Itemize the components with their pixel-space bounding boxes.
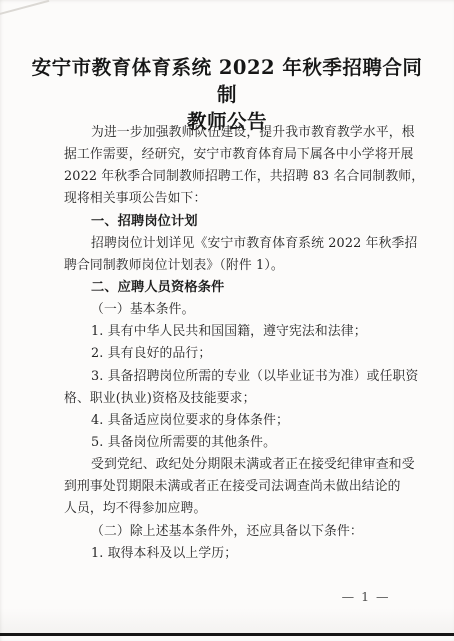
scan-corner-artifact [0,0,49,16]
document-body: 为进一步加强教师队伍建设，提升我市教育教学水平，根 据工作需要，经研究，安宁市教… [64,122,398,565]
doc-line: 为进一步加强教师队伍建设，提升我市教育教学水平，根 [64,122,398,144]
scan-bottom-shade [0,608,454,633]
page-number: — 1 — [342,589,390,604]
doc-section-heading: 二、应聘人员资格条件 [64,277,398,299]
doc-line: 现将相关事项公告如下： [64,188,398,210]
doc-subsection-heading: （一）基本条件。 [64,299,398,321]
doc-line: 人员，均不得参加应聘。 [64,498,398,520]
doc-line: 1. 取得本科及以上学历； [64,543,398,565]
doc-line: 聘合同制教师岗位计划表》（附件 1）。 [64,255,398,277]
doc-line: 4. 具备适应岗位要求的身体条件； [64,410,398,432]
doc-line: 3. 具备招聘岗位所需的专业（以毕业证书为准）或任职资 [64,366,398,388]
doc-line: 招聘岗位计划详见《安宁市教育体育系统 2022 年秋季招 [64,233,398,255]
doc-line: 格、职业(执业)资格及技能要求； [64,388,398,410]
doc-subsection-heading: （二）除上述基本条件外，还应具备以下条件： [64,521,398,543]
doc-line: 5. 具备岗位所需要的其他条件。 [64,432,398,454]
doc-line: 2022 年秋季合同制教师招聘工作，共招聘 83 名合同制教师， [64,166,398,188]
doc-line: 到刑事处罚期限未满或者正在接受司法调查尚未做出结论的 [64,476,398,498]
page-bottom-edge [0,633,454,636]
title-line-1: 安宁市教育体育系统 2022 年秋季招聘合同制 [30,54,424,108]
doc-line: 1. 具有中华人民共和国国籍，遵守宪法和法律； [64,321,398,343]
doc-line: 据工作需要，经研究，安宁市教育体育局下属各中小学将开展 [64,144,398,166]
doc-line: 2. 具有良好的品行； [64,343,398,365]
scanned-document-page: 安宁市教育体育系统 2022 年秋季招聘合同制 教师公告 为进一步加强教师队伍建… [0,0,454,641]
doc-section-heading: 一、招聘岗位计划 [64,211,398,233]
doc-line: 受到党纪、政纪处分期限未满或者正在接受纪律审查和受 [64,454,398,476]
